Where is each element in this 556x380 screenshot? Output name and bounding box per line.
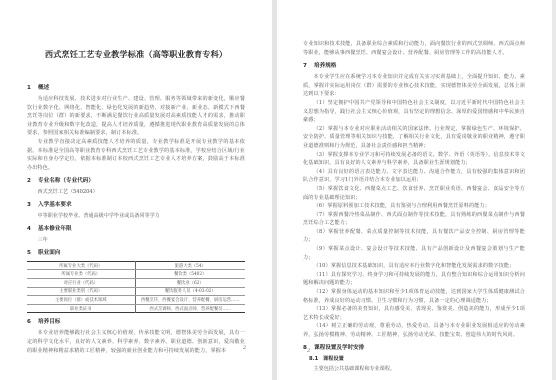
admission-value: 中等职业学校毕业、普通高级中学毕业或具备同等学力 [27,212,245,220]
requirement-item-9: （9）掌握菜点设计、宴会设计等技术技能，具有产品创新设计及西餐宴会策划与生产能力… [303,245,525,262]
section-title: 课程设置及学时安排 [314,345,364,351]
section-heading-admission: 3入学基本要求 [27,202,245,209]
training-spec-intro: 本专业学生应在系统学习本专业知识并完成有关实习实训基础上，全面提升知识、能力、素… [303,73,525,99]
section-number: 6 [27,319,38,326]
section-heading-overview: 1概述 [27,85,245,92]
table-value-cell: 餐饮业（62） [135,279,245,288]
table-row: 主要职业类别（代码） 餐饮服务人员（4-03-02） [27,287,245,296]
requirement-item-11: （11）具有探究学习、终身学习和可持续发展的能力，具有整合知识和综合运用知识分析… [303,271,525,288]
left-page-content: 1概述 为适应科技发展、技术进步对行业生产、建设、管理、服务等领域带来的新变化，… [27,79,245,355]
overview-paragraph-2: 专业教学直接决定高素质技能人才培养的质量，专业教学标准是开展专业教学的基本依据。… [27,138,245,172]
table-key-cell: 对应行业（代码） [27,279,135,288]
table-key-cell: 主要岗位（群）或技术领域 [27,296,135,305]
section-heading-training-spec: 7培养规格 [303,63,525,70]
major-name-value: 西式烹饪工艺（540204） [27,188,245,196]
viewer-edge [552,0,556,380]
section-number: 3 [27,202,38,209]
right-page-content: 专业知识和技术技能，具备职业综合素质和行动能力，面向餐饮行业的西式烹调师、西式面… [303,40,525,373]
section-title: 基本修业年限 [38,226,72,232]
table-key-cell: 所属专业大类（代码） [27,261,135,270]
section-number: 7 [303,63,314,70]
duration-value: 三年 [27,236,245,244]
table-value-cell: 西餐烹饪、西餐宴会设计、营养配餐、厨房运营…… [135,296,245,305]
section-heading-career: 5职业面向 [27,250,245,257]
requirement-item-10: （10）掌握信息技术基础知识，具有适应本行业数字化和智能化发展需求的数字技能； [303,262,525,271]
section-title: 培养目标 [38,319,60,325]
table-row: 对应行业（代码） 餐饮业（62） [27,279,245,288]
requirement-item-14: （14）树立正确的劳动观，尊重劳动，热爱劳动，具备与本专业职业发展相适应的劳动素… [303,322,525,339]
career-orientation-table: 所属专业大类（代码） 旅游大类（54） 所属专业类（代码） 餐饮类（5402） … [27,261,245,314]
requirement-item-3: （3）掌握支撑本专业学习和可持续发展必备的语文、数学、外语（英语等）、信息技术等… [303,151,525,168]
section-title: 培养规格 [314,63,336,69]
table-key-cell: 主要职业类别（代码） [27,287,135,296]
section-title: 职业面向 [38,250,60,256]
training-goal-paragraph: 本专业培养能够践行社会主义核心价值观，传承技能文明，德智体美劳全面发展，具有一定… [27,329,245,355]
section-title: 专业名称（专业代码） [38,178,94,184]
table-value-cell: 餐饮服务人员（4-03-02） [135,287,245,296]
document-page-right: 专业知识和技术技能，具备职业综合素质和行动能力，面向餐饮行业的西式烹调师、西式面… [277,0,552,380]
table-key-cell: 职业类证书 [27,304,135,313]
section-heading-training-goal: 6培养目标 [27,319,245,326]
subsection-heading-course-setup: 8.1课程设置 [309,356,525,363]
table-value-cell: 餐饮类（5402） [135,270,245,279]
requirement-item-4: （4）具有良好的语言表达能力、文字表达能力、沟通合作能力，具有较强的集体意识和团… [303,168,525,185]
section-number: 2 [27,178,38,185]
page-number: 2 [307,348,310,354]
requirement-item-13: （13）掌握必备的美育知识，具有感受美、表现美、鉴赏美、创造美的能力，形成至少1… [303,305,525,322]
section-title: 概述 [38,85,49,91]
section-number: 1 [27,85,38,92]
section-number: 5 [27,250,38,257]
section-heading-major-name: 2专业名称（专业代码） [27,178,245,185]
requirement-item-6: （6）掌握原料预加工技术技能，具有鉴别与合理利用西餐烹饪原料的能力； [303,202,525,211]
section-heading-curriculum: 8课程设置及学时安排 [303,345,525,352]
document-page-left: 西式烹饪工艺专业教学标准（高等职业教育专科） 1概述 为适应科技发展、技术进步对… [0,0,272,380]
subsection-title: 课程设置 [323,356,344,362]
page-number: 2 [243,345,246,351]
section-number: 4 [27,226,38,233]
requirement-item-1: （1）坚定拥护中国共产党领导和中国特色社会主义制度，以习近平新时代中国特色社会主… [303,99,525,125]
table-value-cell: 西式烹调师、西式面点师、营养配餐员…… [135,304,245,313]
table-row: 职业类证书 西式烹调师、西式面点师、营养配餐员…… [27,304,245,313]
document-title: 西式烹饪工艺专业教学标准（高等职业教育专科） [0,49,272,60]
course-setup-text: 主要包括公共基础课程和专业课程。 [303,365,525,373]
requirement-item-2: （2）掌握与本专业对应职业活动相关的国家法律、行业规定，掌握绿色生产、环境保护、… [303,125,525,151]
requirement-item-7: （7）掌握西餐冷热菜品制作、西式面点制作等技术技能，具有熟练的西餐菜点制作与西餐… [303,211,525,228]
table-row: 所属专业类（代码） 餐饮类（5402） [27,270,245,279]
table-row: 所属专业大类（代码） 旅游大类（54） [27,261,245,270]
continuation-paragraph: 专业知识和技术技能，具备职业综合素质和行动能力，面向餐饮行业的西式烹调师、西式面… [303,40,525,57]
requirement-item-12: （12）掌握身体运动的基本知识和至少1项体育运动技能，达到国家大学生体质健康测试… [303,288,525,305]
section-title: 入学基本要求 [38,202,72,208]
table-value-cell: 旅游大类（54） [135,261,245,270]
requirement-item-8: （8）掌握营养配餐、菜点质量控制等技术技能，具有餐饮产品安全控制、厨房管理等能力… [303,228,525,245]
overview-paragraph-1: 为适应科技发展、技术进步对行业生产、建设、管理、服务等领域带来的新变化，顺应餐饮… [27,95,245,138]
requirement-item-5: （5）掌握饮食文化、西餐菜点工艺、饮食营养、烹饪职业英语、西餐宴会、食品安全等方… [303,185,525,202]
table-key-cell: 所属专业类（代码） [27,270,135,279]
subsection-number: 8.1 [309,356,323,363]
section-heading-duration: 4基本修业年限 [27,226,245,233]
table-row: 主要岗位（群）或技术领域 西餐烹饪、西餐宴会设计、营养配餐、厨房运营…… [27,296,245,305]
